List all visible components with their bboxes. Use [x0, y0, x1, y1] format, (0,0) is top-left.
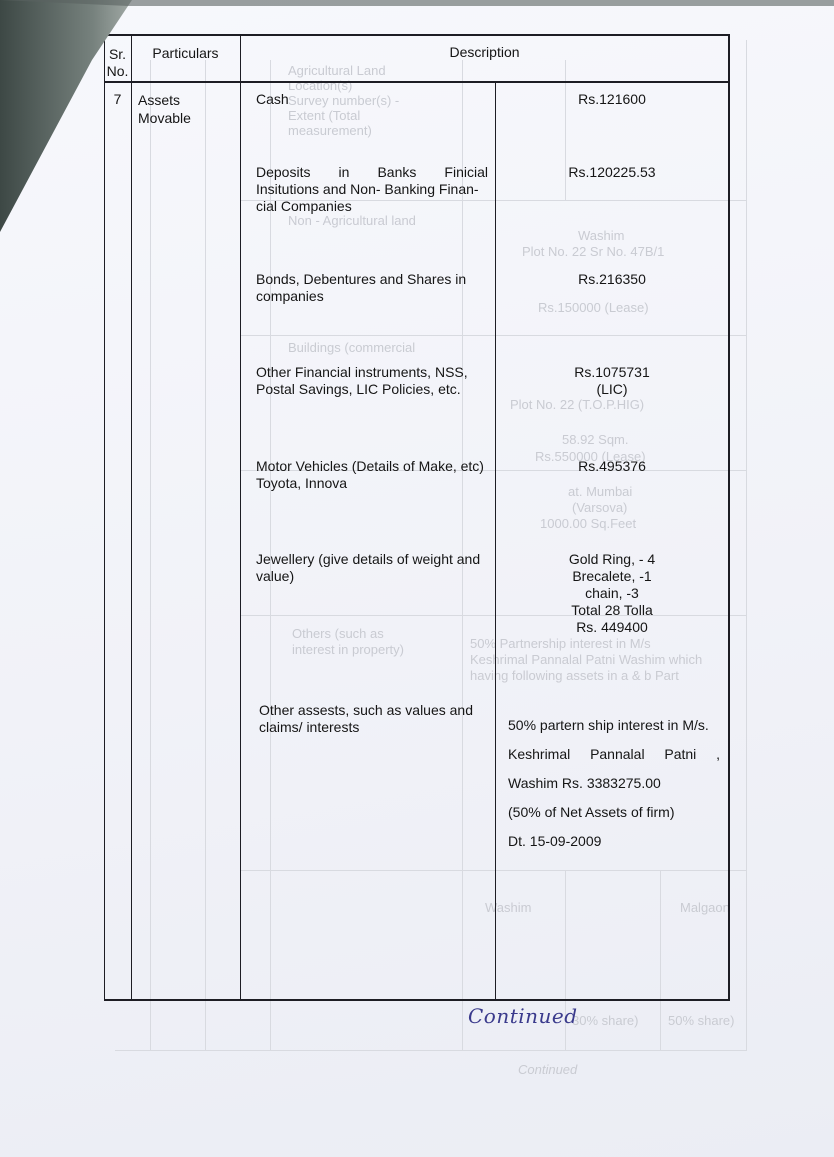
ghost-text: 1000.00 Sq.Feet [540, 516, 636, 531]
item-label-cash: Cash [256, 91, 488, 107]
other-assets-line: Dt. 15-09-2009 [508, 827, 720, 856]
ghost-text: 50% share) [668, 1013, 734, 1028]
ghost-text: Keshrimal Pannalal Patni Washim which [470, 652, 702, 667]
header-sr-no: Sr. No. [104, 46, 131, 80]
item-label-deposits: Deposits in Banks Finicial Insitutions a… [256, 164, 488, 215]
item-label-other-assets: Other assests, such as values and claims… [259, 702, 496, 736]
ghost-text: Rs.150000 (Lease) [538, 300, 649, 315]
item-value-financial-instruments: Rs.1075731 (LIC) [496, 364, 728, 398]
ghost-text: Continued [518, 1062, 577, 1077]
item-label-bonds: Bonds, Debentures and Shares in companie… [256, 271, 496, 305]
col-divider-value [495, 82, 496, 1000]
table-bottom-border [104, 999, 729, 1001]
header-particulars: Particulars [131, 45, 240, 61]
deposits-line-3: cial Companies [256, 198, 488, 215]
ghost-text: interest in property) [292, 642, 404, 657]
table-left-border [104, 34, 105, 1001]
deposits-line-1: Deposits in Banks Finicial [256, 164, 488, 181]
ghost-text: Buildings (commercial [288, 340, 415, 355]
item-value-motor-vehicles: Rs.495376 [496, 458, 728, 474]
other-assets-line: 50% partern ship interest in M/s. [508, 711, 720, 740]
other-assets-line: (50% of Net Assets of firm) [508, 798, 720, 827]
col-divider-sr [131, 34, 132, 1001]
item-label-jewellery: Jewellery (give details of weight and va… [256, 551, 496, 585]
item-label-financial-instruments: Other Financial instruments, NSS, Postal… [256, 364, 496, 398]
item-value-other-assets: 50% partern ship interest in M/s. Keshri… [508, 711, 720, 856]
other-assets-line: Washim Rs. 3383275.00 [508, 769, 720, 798]
other-assets-line: Keshrimal Pannalal Patni , [508, 740, 720, 769]
ghost-text: Plot No. 22 (T.O.P.HIG) [510, 397, 644, 412]
table-right-border [728, 34, 730, 1001]
header-description: Description [241, 44, 728, 60]
item-value-bonds: Rs.216350 [496, 271, 728, 287]
ghost-text: 58.92 Sqm. [562, 432, 629, 447]
ghost-text: Washim [578, 228, 624, 243]
header-bottom-border [104, 81, 729, 83]
ghost-text: Non - Agricultural land [288, 213, 416, 228]
row-particulars: Assets Movable [138, 91, 238, 127]
ghost-text: Others (such as [292, 626, 384, 641]
ghost-text: having following assets in a & b Part [470, 668, 679, 683]
deposits-line-2: Insitutions and Non- Banking Finan- [256, 181, 488, 198]
ghost-text: Agricultural Land [288, 63, 386, 78]
row-sr-no: 7 [104, 91, 131, 107]
ghost-text: Plot No. 22 Sr No. 47B/1 [522, 244, 664, 259]
handwritten-continued-note: Continued [468, 1004, 578, 1028]
ghost-text: at. Mumbai [568, 484, 632, 499]
item-label-motor-vehicles: Motor Vehicles (Details of Make, etc) To… [256, 458, 491, 492]
item-value-deposits: Rs.120225.53 [496, 164, 728, 180]
col-divider-particulars [240, 34, 241, 1001]
ghost-text: Malgaon [680, 900, 730, 915]
table-top-border [104, 34, 729, 36]
ghost-text: Washim [485, 900, 531, 915]
ghost-text: 30% share) [572, 1013, 638, 1028]
item-value-cash: Rs.121600 [496, 91, 728, 107]
item-value-jewellery: Gold Ring, - 4 Brecalete, -1 chain, -3 T… [496, 551, 728, 636]
ghost-text: 50% Partnership interest in M/s [470, 636, 651, 651]
ghost-text: Extent (Total [288, 108, 360, 123]
ghost-text: (Varsova) [572, 500, 627, 515]
ghost-text: measurement) [288, 123, 372, 138]
